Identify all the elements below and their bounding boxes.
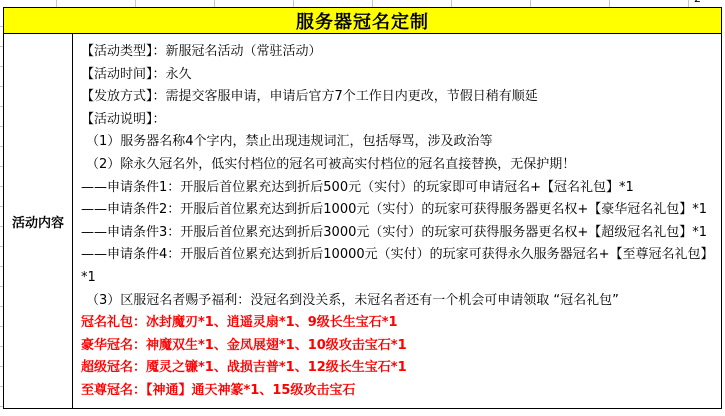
content-line: ——申请条件4：开服后首位累充达到折后10000元（实付）的玩家可获得永久服务器…: [81, 244, 715, 267]
content-line: （3）区服冠名者赐予福利：没冠名到没关系，未冠名者还有一个机会可申请领取 “冠名…: [81, 290, 715, 313]
clipped-cell-text: 2: [694, 0, 704, 4]
content-line: *1: [81, 267, 715, 290]
content-line: 【活动说明】：: [81, 109, 715, 132]
activity-table: 服务器冠名定制 活动内容 【活动类型】：新服冠名活动（常驻活动）【活动时间】：永…: [3, 7, 722, 409]
content-line: ——申请条件3：开服后首位累充达到折后3000元（实付）的玩家可获得服务器更名权…: [81, 222, 715, 245]
content-line: ——申请条件1：开服后首位累充达到折后500元（实付）的玩家即可申请冠名+【冠名…: [81, 177, 715, 200]
content-line: 至尊冠名：【神通】通天神篆*1、15级攻击宝石: [81, 380, 715, 403]
content-line: ——申请条件2：开服后首位累充达到折后1000元（实付）的玩家可获得服务器更名权…: [81, 199, 715, 222]
content-line: （2）除永久冠名外，低实付档位的冠名可被高实付档位的冠名直接替换，无保护期！: [81, 154, 715, 177]
gridline-strip-top: [0, 0, 725, 7]
content-line: 冠名礼包：冰封魔刃*1、逍遥灵扇*1、9级长生宝石*1: [81, 312, 715, 335]
content-line: 【活动时间】：永久: [81, 64, 715, 87]
table-title-banner: 服务器冠名定制: [4, 8, 721, 34]
content-line: 【活动类型】：新服冠名活动（常驻活动）: [81, 41, 715, 64]
content-line: 【发放方式】：需提交客服申请，申请后官方7个工作日内更改，节假日稍有顺延: [81, 86, 715, 109]
table-body-row: 活动内容 【活动类型】：新服冠名活动（常驻活动）【活动时间】：永久【发放方式】：…: [4, 34, 721, 408]
content-line: （1）服务器名称4个字内，禁止出现违规词汇，包括辱骂，涉及政治等: [81, 131, 715, 154]
content-line: 超级冠名：魇灵之镰*1、战损吉普*1、12级长生宝石*1: [81, 357, 715, 380]
content-line: 豪华冠名：神魔双生*1、金凤展翅*1、10级攻击宝石*1: [81, 335, 715, 358]
content-lines: 【活动类型】：新服冠名活动（常驻活动）【活动时间】：永久【发放方式】：需提交客服…: [73, 34, 721, 408]
row-header-activity-content: 活动内容: [4, 34, 73, 408]
spreadsheet-page: 2 服务器冠名定制 活动内容 【活动类型】：新服冠名活动（常驻活动）【活动时间】…: [0, 0, 725, 416]
